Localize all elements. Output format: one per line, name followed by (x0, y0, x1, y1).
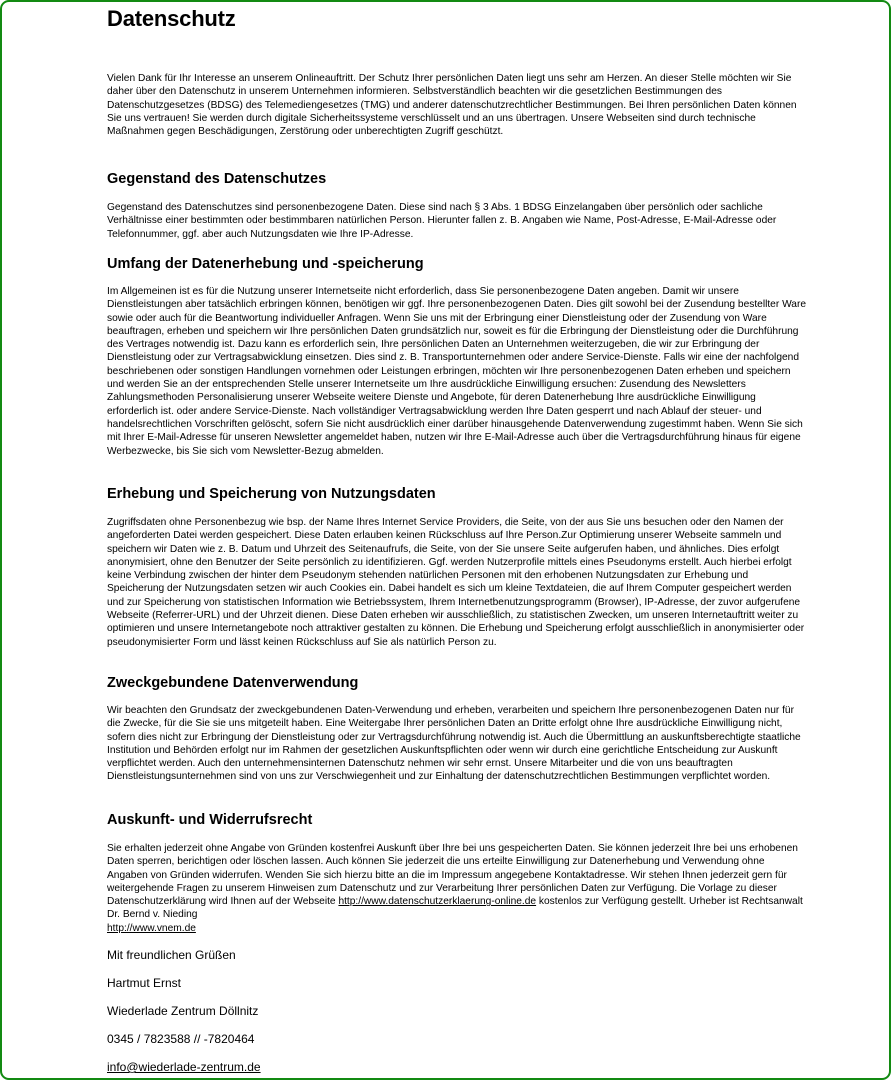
signature-greeting: Mit freundlichen Grüßen (107, 948, 236, 962)
section-text-usage-data: Zugriffsdaten ohne Personenbezug wie bsp… (107, 516, 807, 649)
section-text-scope: Im Allgemeinen ist es für die Nutzung un… (107, 285, 807, 458)
section-text-purpose: Wir beachten den Grundsatz der zweckgebu… (107, 704, 807, 784)
intro-paragraph: Vielen Dank für Ihr Interesse an unserem… (107, 72, 807, 138)
section-heading-rights: Auskunft- und Widerrufsrecht (107, 812, 312, 828)
signature-organization: Wiederlade Zentrum Döllnitz (107, 1004, 258, 1018)
section-text-rights: Sie erhalten jederzeit ohne Angabe von G… (107, 842, 807, 935)
page-title: Datenschutz (107, 6, 236, 32)
vnem-link[interactable]: http://www.vnem.de (107, 923, 196, 934)
section-text-subject: Gegenstand des Datenschutzes sind person… (107, 201, 807, 241)
signature-phone: 0345 / 7823588 // -7820464 (107, 1032, 254, 1046)
page-frame: Datenschutz Vielen Dank für Ihr Interess… (0, 0, 891, 1080)
section-heading-scope: Umfang der Datenerhebung und -speicherun… (107, 256, 424, 272)
datenschutzerklaerung-link[interactable]: http://www.datenschutzerklaerung-online.… (338, 896, 536, 907)
signature-name: Hartmut Ernst (107, 976, 181, 990)
signature-email: info@wiederlade-zentrum.de (107, 1060, 261, 1074)
section-heading-usage-data: Erhebung und Speicherung von Nutzungsdat… (107, 486, 436, 502)
section-heading-purpose: Zweckgebundene Datenverwendung (107, 675, 358, 691)
section-heading-subject: Gegenstand des Datenschutzes (107, 171, 326, 187)
email-link[interactable]: info@wiederlade-zentrum.de (107, 1060, 261, 1074)
